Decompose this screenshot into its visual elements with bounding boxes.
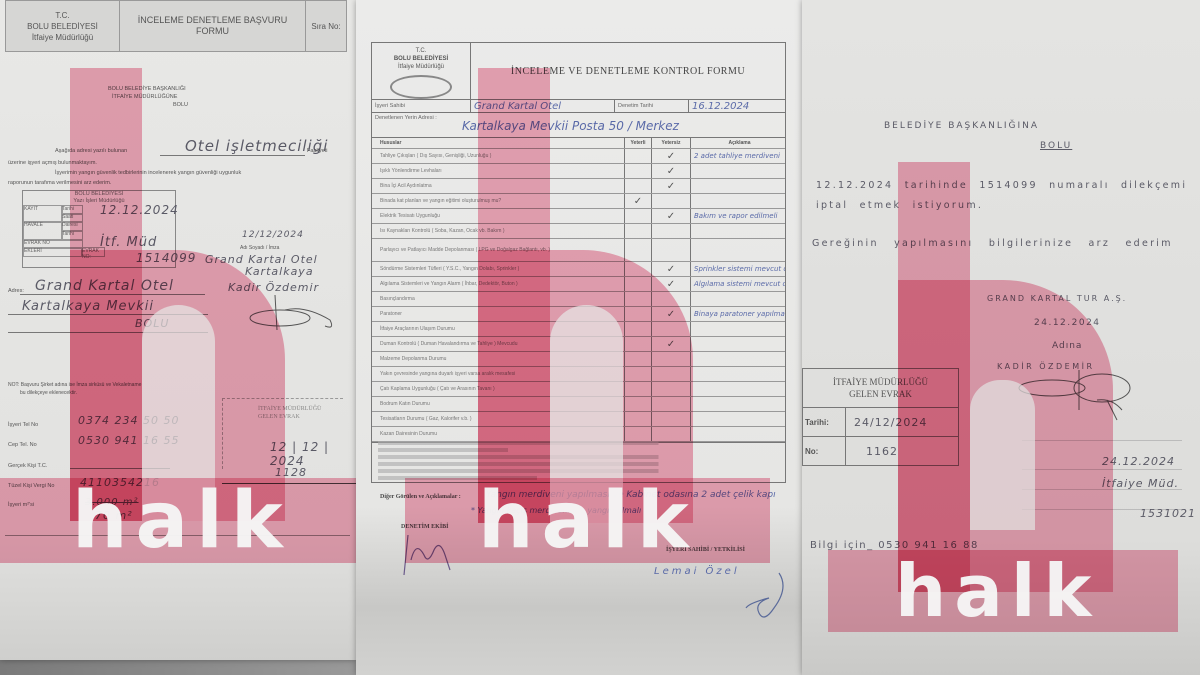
cancellation-letter-page: BELEDİYE BAŞKANLIĞINA BOLU 12.12.2024 ta… [802, 0, 1200, 675]
sign-date: 12/12/2024 [242, 230, 304, 240]
row-item: İtfaiye Araçlarının Ulaşım Durumu [372, 322, 625, 336]
row-aciklama [691, 337, 785, 351]
address-row: Denetlenen Yerin Adresi : Kartalkaya Mev… [372, 113, 785, 138]
owner-sign-label: İŞYERİ SAHİBİ / YETKİLİSİ [666, 547, 745, 553]
row-item: Binada kat planları ve yangın eğitimi ol… [372, 194, 625, 208]
field-value-vergi-no: 4110354216 [80, 476, 160, 489]
row-aciklama [691, 412, 785, 426]
havale-value: İtf. Müd [100, 235, 157, 250]
field-label-tc: Gerçek Kişi T.C. [8, 463, 47, 469]
inspection-table: T.C. BOLU BELEDİYESİ İtfaiye Müdürlüğü İ… [371, 42, 786, 443]
check-icon: ✓ [667, 339, 675, 350]
row-aciklama [691, 194, 785, 208]
inspection-control-form-page: T.C. BOLU BELEDİYESİ İtfaiye Müdürlüğü İ… [356, 0, 802, 675]
intro-text: Aşağıda adresi yazılı bulunan [55, 148, 127, 154]
row-yetersiz: ✓ [652, 209, 691, 223]
table-row: Tahliye Çıkışları ( Dış Sayısı, Genişliğ… [372, 149, 785, 164]
owner-value-cell: Grand Kartal Otel [471, 100, 615, 112]
org-logo: T.C. BOLU BELEDİYESİ İtfaiye Müdürlüğü [372, 43, 471, 99]
row-yetersiz [652, 382, 691, 396]
row-item: Elektrik Tesisatı Uygunluğu [372, 209, 625, 223]
form-bottom-border [5, 535, 350, 536]
row-item: Yakın çevresinde yangına duyarlı işyeri … [372, 367, 625, 381]
row-yetersiz: ✓ [652, 179, 691, 193]
table-row: Duman Kontrolü ( Duman Havalandırma ve T… [372, 337, 785, 352]
row-yetersiz [652, 194, 691, 208]
table-row: Parlayıcı ve Patlayıcı Madde Depolanması… [372, 239, 785, 262]
row-yetersiz [652, 322, 691, 336]
owner-row: İşyeri Sahibi Grand Kartal Otel Denetim … [372, 100, 785, 113]
row-yetersiz: ✓ [652, 262, 691, 276]
stamp-no-label: No: [803, 437, 846, 465]
table-row: Söndürme Sistemleri Tüfleri ( Y.S.C., Ya… [372, 262, 785, 277]
municipality-seal-icon [390, 75, 452, 99]
header-title: İNCELEME DENETLEME BAŞVURU FORMU [120, 1, 306, 51]
sign-label: Adı Soyadı / İmza [240, 245, 279, 251]
check-icon: ✓ [667, 264, 675, 275]
field-label-m2: İşyeri m²'si [8, 502, 34, 508]
table-row: Bodrum Katın Durumu [372, 397, 785, 412]
row-item: Paratoner [372, 307, 625, 321]
table-row: Binada kat planları ve yangın eğitimi ol… [372, 194, 785, 209]
row-yetersiz: ✓ [652, 149, 691, 163]
row-yetersiz [652, 239, 691, 261]
col-aciklama: Açıklama [691, 138, 785, 148]
activity-underline [160, 155, 305, 156]
table-row: Tesisatların Durumu ( Gaz, Kalorifer v.b… [372, 412, 785, 427]
col-yetersiz: Yetersiz [652, 138, 691, 148]
table-row: Malzeme Depolanma Durumu [372, 352, 785, 367]
table-row: Yakın çevresinde yangına duyarlı işyeri … [372, 367, 785, 382]
inspection-date-label: Denetim Tarihi [615, 100, 689, 112]
row-item: Isı Kaynakları Kontrolü ( Soba, Kazan, O… [372, 224, 625, 238]
row-yeterli [625, 397, 652, 411]
registry-dept: İtfaiye Müd. [1102, 477, 1179, 490]
row-yetersiz [652, 292, 691, 306]
row-yeterli [625, 209, 652, 223]
intro-line4: raporunun tarafıma verilmesini arz ederi… [8, 180, 111, 186]
table-row: Işıklı Yönlendirme Levhaları✓ [372, 164, 785, 179]
form-header: T.C. BOLU BELEDİYESİ İtfaiye Müdürlüğü İ… [5, 0, 347, 52]
field-value-m2: 70 m² [95, 509, 133, 522]
table-row: İtfaiye Araçlarının Ulaşım Durumu [372, 322, 785, 337]
row-aciklama [691, 352, 785, 366]
row-yeterli [625, 367, 652, 381]
row-aciklama [691, 367, 785, 381]
intro-line2: üzerine işyeri açmış bulunmaktayım. [8, 160, 97, 166]
owner-value: Grand Kartal Otel [474, 101, 561, 112]
table-row: Bina İçi Acil Aydınlatma✓ [372, 179, 785, 194]
signature-icon [235, 290, 345, 335]
row-yetersiz [652, 367, 691, 381]
address-underline-1 [20, 294, 205, 295]
note-text: NOT: Başvuru Şirket adına ise İmza sirkü… [8, 381, 141, 397]
letter-date: 24.12.2024 [1034, 318, 1101, 328]
field-value-isyeri-tel: 0374 234 50 50 [78, 414, 179, 427]
registry-title: BOLU BELEDİYESİ [23, 191, 175, 198]
owner-sign-name: Lemai Özel [654, 566, 740, 577]
header-sira-no: Sıra No: [306, 1, 346, 51]
field-label-isyeri-tel: İşyeri Tel No [8, 422, 38, 428]
row-item: Tahliye Çıkışları ( Dış Sayısı, Genişliğ… [372, 149, 625, 163]
application-form-page: T.C. BOLU BELEDİYESİ İtfaiye Müdürlüğü İ… [0, 0, 356, 660]
row-yeterli [625, 262, 652, 276]
tc-underline [70, 468, 170, 469]
row-yetersiz: ✓ [652, 307, 691, 321]
table-header: Hususlar Yeterli Yetersiz Açıklama [372, 138, 785, 149]
inspection-date-value: 16.12.2024 [692, 101, 749, 112]
row-yeterli [625, 307, 652, 321]
row-aciklama [691, 164, 785, 178]
address-underline-3 [8, 332, 208, 333]
field-value-m2-struck: 3.000 m² [85, 497, 139, 508]
address-line-3: BOLU [135, 317, 169, 330]
table-row: Basınçlandırma [372, 292, 785, 307]
letter-city: BOLU [1040, 141, 1072, 151]
row-aciklama: Algılama sistemi mevcut değil [691, 277, 785, 291]
stamp-date-label: Tarihi: [803, 408, 846, 436]
intro-suffix: Faaliyeti [307, 148, 327, 154]
row-item: Malzeme Depolanma Durumu [372, 352, 625, 366]
table-row: Paratoner✓Binaya paratoner yapılmalı [372, 307, 785, 322]
check-icon: ✓ [667, 181, 675, 192]
row-yeterli [625, 149, 652, 163]
registry-date: 24.12.2024 [1102, 455, 1175, 468]
row-item: Söndürme Sistemleri Tüfleri ( Y.S.C., Ya… [372, 262, 625, 276]
table-row: Elektrik Tesisatı Uygunluğu✓Bakım ve rap… [372, 209, 785, 224]
row-yeterli [625, 224, 652, 238]
row-yeterli [625, 179, 652, 193]
stamp-date-value: 24/12/2024 [846, 408, 958, 436]
address-line-2: Kartalkaya Mevkii [22, 299, 154, 314]
check-icon: ✓ [667, 279, 675, 290]
letter-body-line-1: 12.12.2024 tarihinde 1514099 numaralı di… [816, 180, 1187, 191]
row-item: Parlayıcı ve Patlayıcı Madde Depolanması… [372, 239, 625, 261]
row-item: Işıklı Yönlendirme Levhaları [372, 164, 625, 178]
owner-label: İşyeri Sahibi [372, 100, 471, 112]
form-title: İNCELEME VE DENETLEME KONTROL FORMU [471, 43, 785, 99]
other-notes-line-1: Yangın merdiveni yapılması ve Kabinet od… [486, 490, 776, 500]
check-icon: ✓ [667, 151, 675, 162]
ekleri-cell: EKLERİ [23, 247, 83, 257]
row-yetersiz: ✓ [652, 277, 691, 291]
row-aciklama: 2 adet tahliye merdiveni [691, 149, 785, 163]
row-item: Çatı Kaplama Uygunluğu ( Çatı ve Arasını… [372, 382, 625, 396]
sign-location: Kartalkaya [245, 265, 314, 278]
row-yeterli [625, 277, 652, 291]
letter-body-line-2: iptal etmek istiyorum. [816, 200, 983, 211]
row-yetersiz [652, 397, 691, 411]
stamp-underline [222, 483, 356, 484]
letter-body-line-3: Gereğinin yapılmasını bilgilerinize arz … [812, 238, 1173, 249]
letter-company: GRAND KARTAL TUR A.Ş. [987, 294, 1127, 303]
field-label-vergi-no: Tüzel Kişi Vergi No [8, 483, 54, 489]
row-yetersiz [652, 224, 691, 238]
row-aciklama: Sprinkler sistemi mevcut değil, yapılmal… [691, 262, 785, 276]
row-aciklama [691, 322, 785, 336]
form-header: T.C. BOLU BELEDİYESİ İtfaiye Müdürlüğü İ… [372, 43, 785, 100]
row-yeterli: ✓ [625, 194, 652, 208]
row-aciklama [691, 292, 785, 306]
col-yeterli: Yeterli [625, 138, 652, 148]
row-aciklama [691, 239, 785, 261]
row-yetersiz: ✓ [652, 164, 691, 178]
row-item: Bina İçi Acil Aydınlatma [372, 179, 625, 193]
table-row: Çatı Kaplama Uygunluğu ( Çatı ve Arasını… [372, 382, 785, 397]
row-yeterli [625, 337, 652, 351]
check-icon: ✓ [667, 166, 675, 177]
row-yeterli [625, 352, 652, 366]
gelen-evrak-stamp: İTFAİYE MÜDÜRLÜĞÜ GELEN EVRAK Tarihi:24/… [802, 368, 959, 466]
owner-signature-icon [744, 568, 794, 628]
col-hususlar: Hususlar [372, 138, 625, 148]
row-aciklama [691, 179, 785, 193]
letter-addressee: BELEDİYE BAŞKANLIĞINA [884, 121, 1039, 131]
address-value: Kartalkaya Mevkii Posta 50 / Merkez [462, 119, 679, 133]
inspector-signature-icon [396, 530, 456, 580]
check-icon: ✓ [667, 211, 675, 222]
registry-number: 1531021 [1140, 507, 1196, 520]
row-yeterli [625, 292, 652, 306]
row-aciklama: Bakım ve rapor edilmeli [691, 209, 785, 223]
check-icon: ✓ [634, 196, 642, 207]
evrak-no-value: 1514099 [136, 251, 196, 265]
stamp-number: 1128 [275, 466, 307, 479]
row-yetersiz [652, 352, 691, 366]
row-item: Basınçlandırma [372, 292, 625, 306]
table-row: Algılama Sistemleri ve Yangın Alarm ( İh… [372, 277, 785, 292]
header-org: T.C. BOLU BELEDİYESİ İtfaiye Müdürlüğü [6, 1, 120, 51]
other-notes-label: Diğer Görülen ve Açıklamalar : [380, 494, 461, 500]
row-item: Duman Kontrolü ( Duman Havalandırma ve T… [372, 337, 625, 351]
row-item: Tesisatların Durumu ( Gaz, Kalorifer v.b… [372, 412, 625, 426]
row-yetersiz: ✓ [652, 337, 691, 351]
addressee: BOLU BELEDİYE BAŞKANLIĞI İTFAİYE MÜDÜRLÜ… [108, 85, 188, 109]
stamp-date: 12 | 12 | 2024 [270, 440, 356, 468]
row-yeterli [625, 382, 652, 396]
contact-info: Bilgi için_ 0530 941 16 88 [810, 540, 979, 551]
letter-signature-icon [1017, 370, 1137, 425]
stamp-no-value: 1162 [846, 437, 958, 465]
legal-notes [371, 438, 786, 483]
row-yeterli [625, 322, 652, 336]
address-underline-2 [8, 314, 208, 315]
row-aciklama [691, 382, 785, 396]
kayit-date-value: 12.12.2024 [100, 203, 179, 217]
row-yeterli [625, 412, 652, 426]
intro-line3: İşyerimin yangın güvenlik tedbirlerinin … [55, 170, 241, 176]
row-aciklama: Binaya paratoner yapılmalı [691, 307, 785, 321]
row-yeterli [625, 239, 652, 261]
row-yetersiz [652, 412, 691, 426]
row-aciklama [691, 224, 785, 238]
address-line-1: Grand Kartal Otel [35, 278, 174, 294]
row-aciklama [691, 397, 785, 411]
letter-adina: Adına [1052, 341, 1082, 351]
other-notes-line-2: * Yangın kaçış merdiveninde yangın olmal… [471, 506, 641, 515]
row-item: Bodrum Katın Durumu [372, 397, 625, 411]
table-body: Tahliye Çıkışları ( Dış Sayısı, Genişliğ… [372, 149, 785, 442]
check-icon: ✓ [667, 309, 675, 320]
field-value-cep-tel: 0530 941 16 55 [78, 434, 179, 447]
row-item: Algılama Sistemleri ve Yangın Alarm ( İh… [372, 277, 625, 291]
field-label-cep-tel: Cep Tel. No [8, 442, 37, 448]
havale-cell: HAVALE [23, 221, 63, 241]
row-yeterli [625, 164, 652, 178]
inspection-date-cell: 16.12.2024 [689, 100, 785, 112]
table-row: Isı Kaynakları Kontrolü ( Soba, Kazan, O… [372, 224, 785, 239]
